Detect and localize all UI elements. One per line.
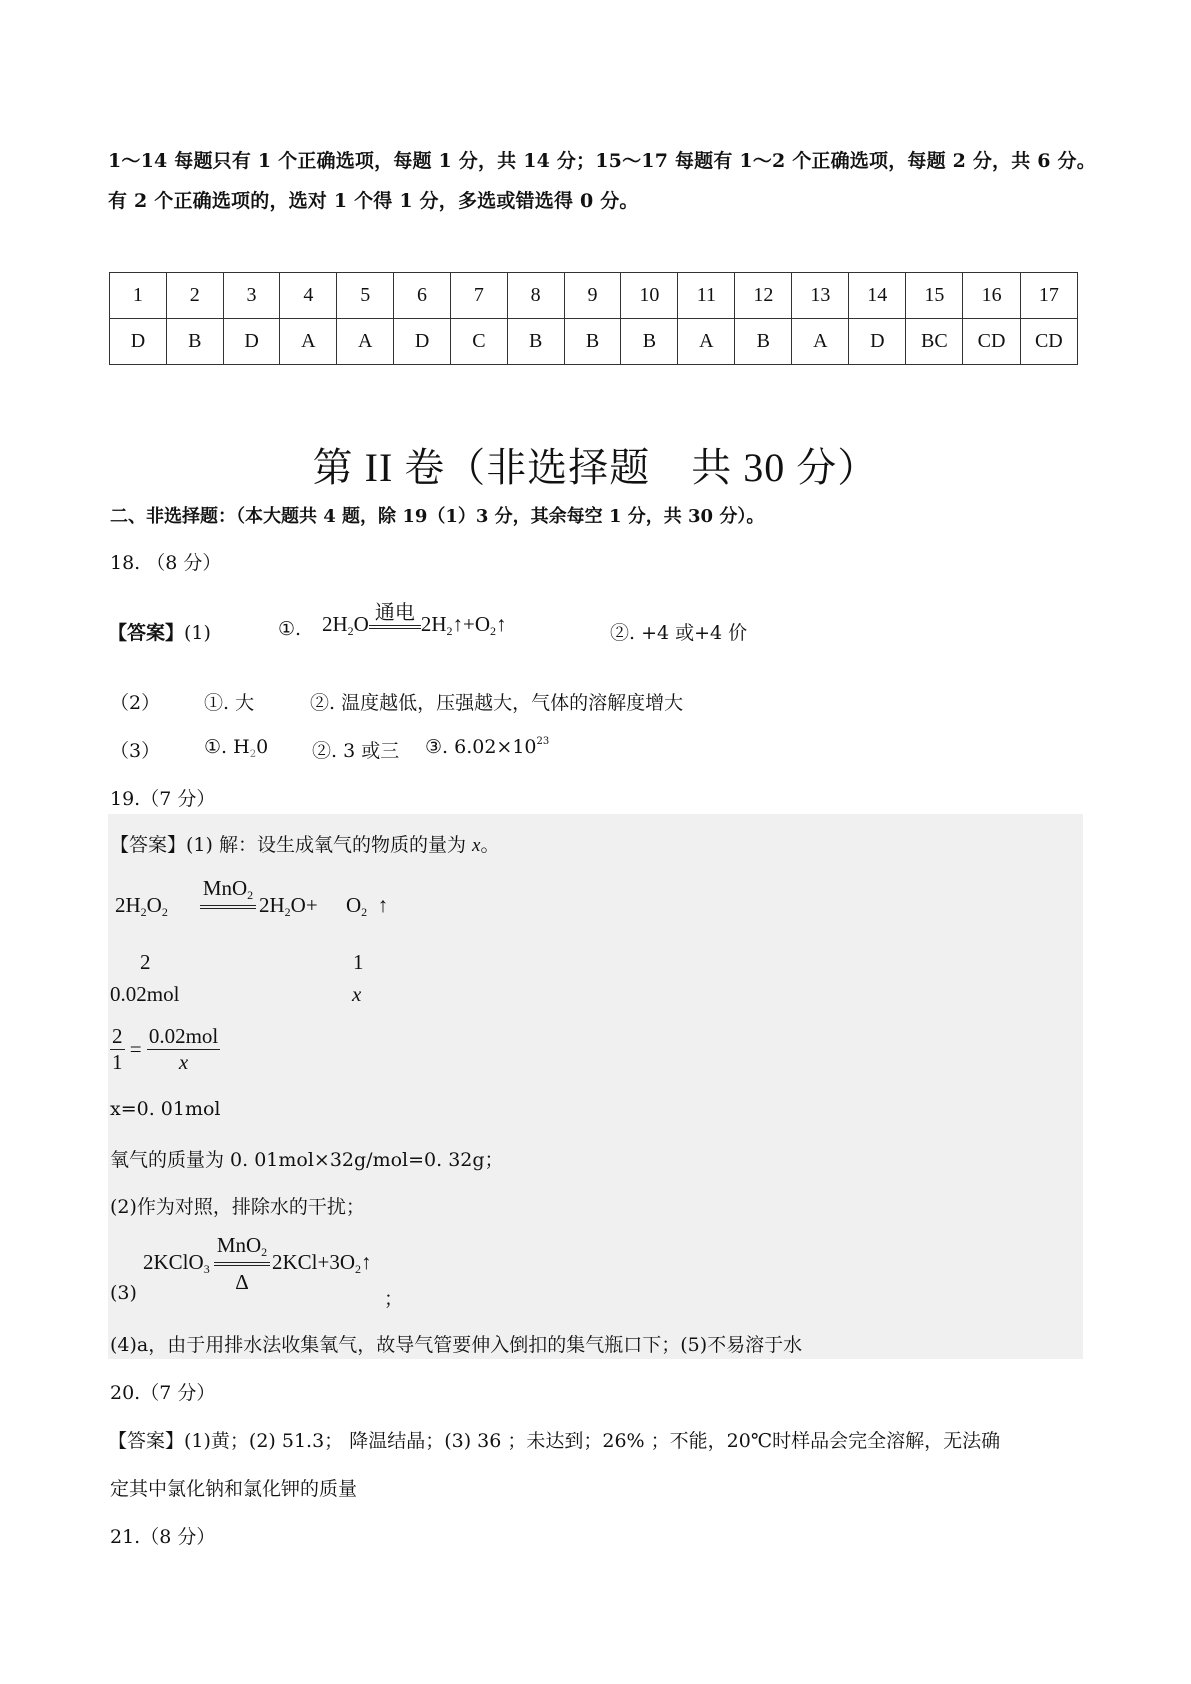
question-number: 15 — [906, 273, 963, 319]
q18-part3-a: ①. H20 — [204, 736, 268, 760]
heat-symbol: Δ — [214, 1270, 270, 1295]
kclo3-condition: MnO2 Δ — [214, 1233, 270, 1295]
proportion-equation: 21 = 0.02molx — [110, 1024, 220, 1075]
q18-part3-c: ③. 6.02×1023 — [425, 736, 549, 758]
answer-cell: B — [507, 319, 564, 365]
q20-answer-line1: 【答案】(1)黄；(2) 51.3； 降温结晶；(3) 36 ；未达到；26% … — [108, 1426, 1000, 1453]
answer-label: 【答案】 — [108, 622, 184, 644]
amount-left: 0.02mol — [110, 982, 179, 1007]
answer-cell: B — [564, 319, 621, 365]
q20-answer-line2: 定其中氯化钠和氯化钾的质量 — [110, 1474, 357, 1501]
question-number: 8 — [507, 273, 564, 319]
q18-part2-b: ②. 温度越低，压强越大，气体的溶解度增大 — [310, 688, 683, 715]
double-arrow-icon — [214, 1262, 270, 1266]
coef-right: 1 — [353, 950, 364, 975]
fraction-denominator: 1 — [110, 1050, 125, 1075]
section-subtitle: 二、非选择题：（本大题共 4 题，除 19（1）3 分，其余每空 1 分，共 3… — [110, 502, 764, 528]
answer-row: D B D A A D C B B B A B A D BC CD CD — [110, 319, 1078, 365]
answer-cell: D — [394, 319, 451, 365]
question-number: 7 — [450, 273, 507, 319]
answer-cell: C — [450, 319, 507, 365]
fraction-denominator: x — [147, 1050, 220, 1075]
answer-cell: A — [280, 319, 337, 365]
q19-part3-label: (3) — [110, 1282, 137, 1304]
q19-line1: 【答案】(1) 解：设生成氧气的物质的量为 x。 — [110, 830, 499, 857]
question-number: 6 — [394, 273, 451, 319]
answer-cell: A — [337, 319, 394, 365]
fraction-numerator: 0.02mol — [147, 1024, 220, 1050]
answer-cell: CD — [1020, 319, 1077, 365]
section-title: 第 II 卷（非选择题 共 30 分） — [0, 436, 1191, 493]
answer-cell: B — [166, 319, 223, 365]
q19-header: 19.（7 分） — [110, 784, 215, 811]
answer-table: 1 2 3 4 5 6 7 8 9 10 11 12 13 14 15 16 1… — [109, 272, 1078, 365]
formula-text: ①. H — [204, 736, 250, 758]
q18-header: 18. （8 分） — [110, 548, 221, 575]
question-number: 14 — [849, 273, 906, 319]
coef-left: 2 — [140, 950, 151, 975]
question-number: 12 — [735, 273, 792, 319]
formula-text: 0 — [256, 736, 268, 758]
q19-result: x=0. 01mol — [110, 1098, 221, 1120]
line-text: 【答案】(1) 解：设生成氧气的物质的量为 — [110, 834, 472, 856]
h2o2-product-water: 2H2O+ — [259, 893, 318, 920]
h2o2-reactant: 2H2O2 — [115, 893, 168, 920]
q18-part1-mark-a: ①. — [278, 618, 301, 640]
kclo3-products: 2KCl+3O2↑ — [272, 1250, 372, 1277]
scoring-note-line2: 有 2 个正确选项的，选对 1 个得 1 分，多选或错选得 0 分。 — [108, 186, 639, 213]
double-arrow-icon — [200, 905, 256, 909]
answer-cell: D — [110, 319, 167, 365]
question-number: 16 — [963, 273, 1020, 319]
answer-cell: A — [678, 319, 735, 365]
superscript: 23 — [537, 736, 550, 747]
q21-header: 21.（8 分） — [110, 1522, 215, 1549]
formula-text: ③. 6.02×10 — [425, 736, 537, 758]
kclo3-reactant: 2KClO3 — [143, 1250, 210, 1277]
answer-cell: A — [792, 319, 849, 365]
part-label: (1) — [184, 622, 211, 644]
answer-cell: BC — [906, 319, 963, 365]
question-number: 11 — [678, 273, 735, 319]
answer-cell: B — [735, 319, 792, 365]
h2o2-product-oxygen: O2 ↑ — [346, 893, 388, 920]
q19-part45: (4)a，由于用排水法收集氧气，故导气管要伸入倒扣的集气瓶口下；(5)不易溶于水 — [110, 1330, 802, 1357]
q18-part2-label: （2） — [110, 688, 160, 715]
line-text: 。 — [480, 834, 499, 856]
q18-part3-b: ②. 3 或三 — [312, 736, 399, 763]
q19-mass: 氧气的质量为 0. 01mol×32g/mol=0. 32g； — [110, 1145, 504, 1172]
answer-cell: CD — [963, 319, 1020, 365]
q19-part3-end: ； — [384, 1284, 403, 1311]
catalyst-label: MnO — [203, 876, 247, 900]
question-number: 4 — [280, 273, 337, 319]
question-number: 2 — [166, 273, 223, 319]
h2o2-condition: MnO2 — [200, 876, 256, 909]
answer-cell: D — [849, 319, 906, 365]
amount-right: x — [352, 982, 361, 1007]
q18-equation-electrolysis: 2H2O通电2H2↑+O2↑ — [322, 596, 507, 639]
scoring-note-line1: 1～14 每题只有 1 个正确选项，每题 1 分，共 14 分；15～17 每题… — [108, 146, 1096, 173]
question-number: 17 — [1020, 273, 1077, 319]
q18-part2-a: ①. 大 — [204, 688, 254, 715]
question-number: 3 — [223, 273, 280, 319]
q18-part3-label: （3） — [110, 736, 160, 763]
question-number: 5 — [337, 273, 394, 319]
condition-label: 通电 — [369, 596, 421, 625]
q20-header: 20.（7 分） — [110, 1378, 215, 1405]
question-number: 13 — [792, 273, 849, 319]
question-number: 10 — [621, 273, 678, 319]
answer-cell: B — [621, 319, 678, 365]
question-number: 9 — [564, 273, 621, 319]
catalyst-label: MnO — [217, 1233, 261, 1257]
q18-part1: 【答案】(1) — [108, 618, 211, 645]
question-number: 1 — [110, 273, 167, 319]
answer-cell: D — [223, 319, 280, 365]
question-number-row: 1 2 3 4 5 6 7 8 9 10 11 12 13 14 15 16 1… — [110, 273, 1078, 319]
fraction-numerator: 2 — [110, 1024, 125, 1050]
q19-part2: (2)作为对照，排除水的干扰； — [110, 1192, 365, 1219]
q18-part1-b: ②. +4 或+4 价 — [610, 618, 747, 645]
